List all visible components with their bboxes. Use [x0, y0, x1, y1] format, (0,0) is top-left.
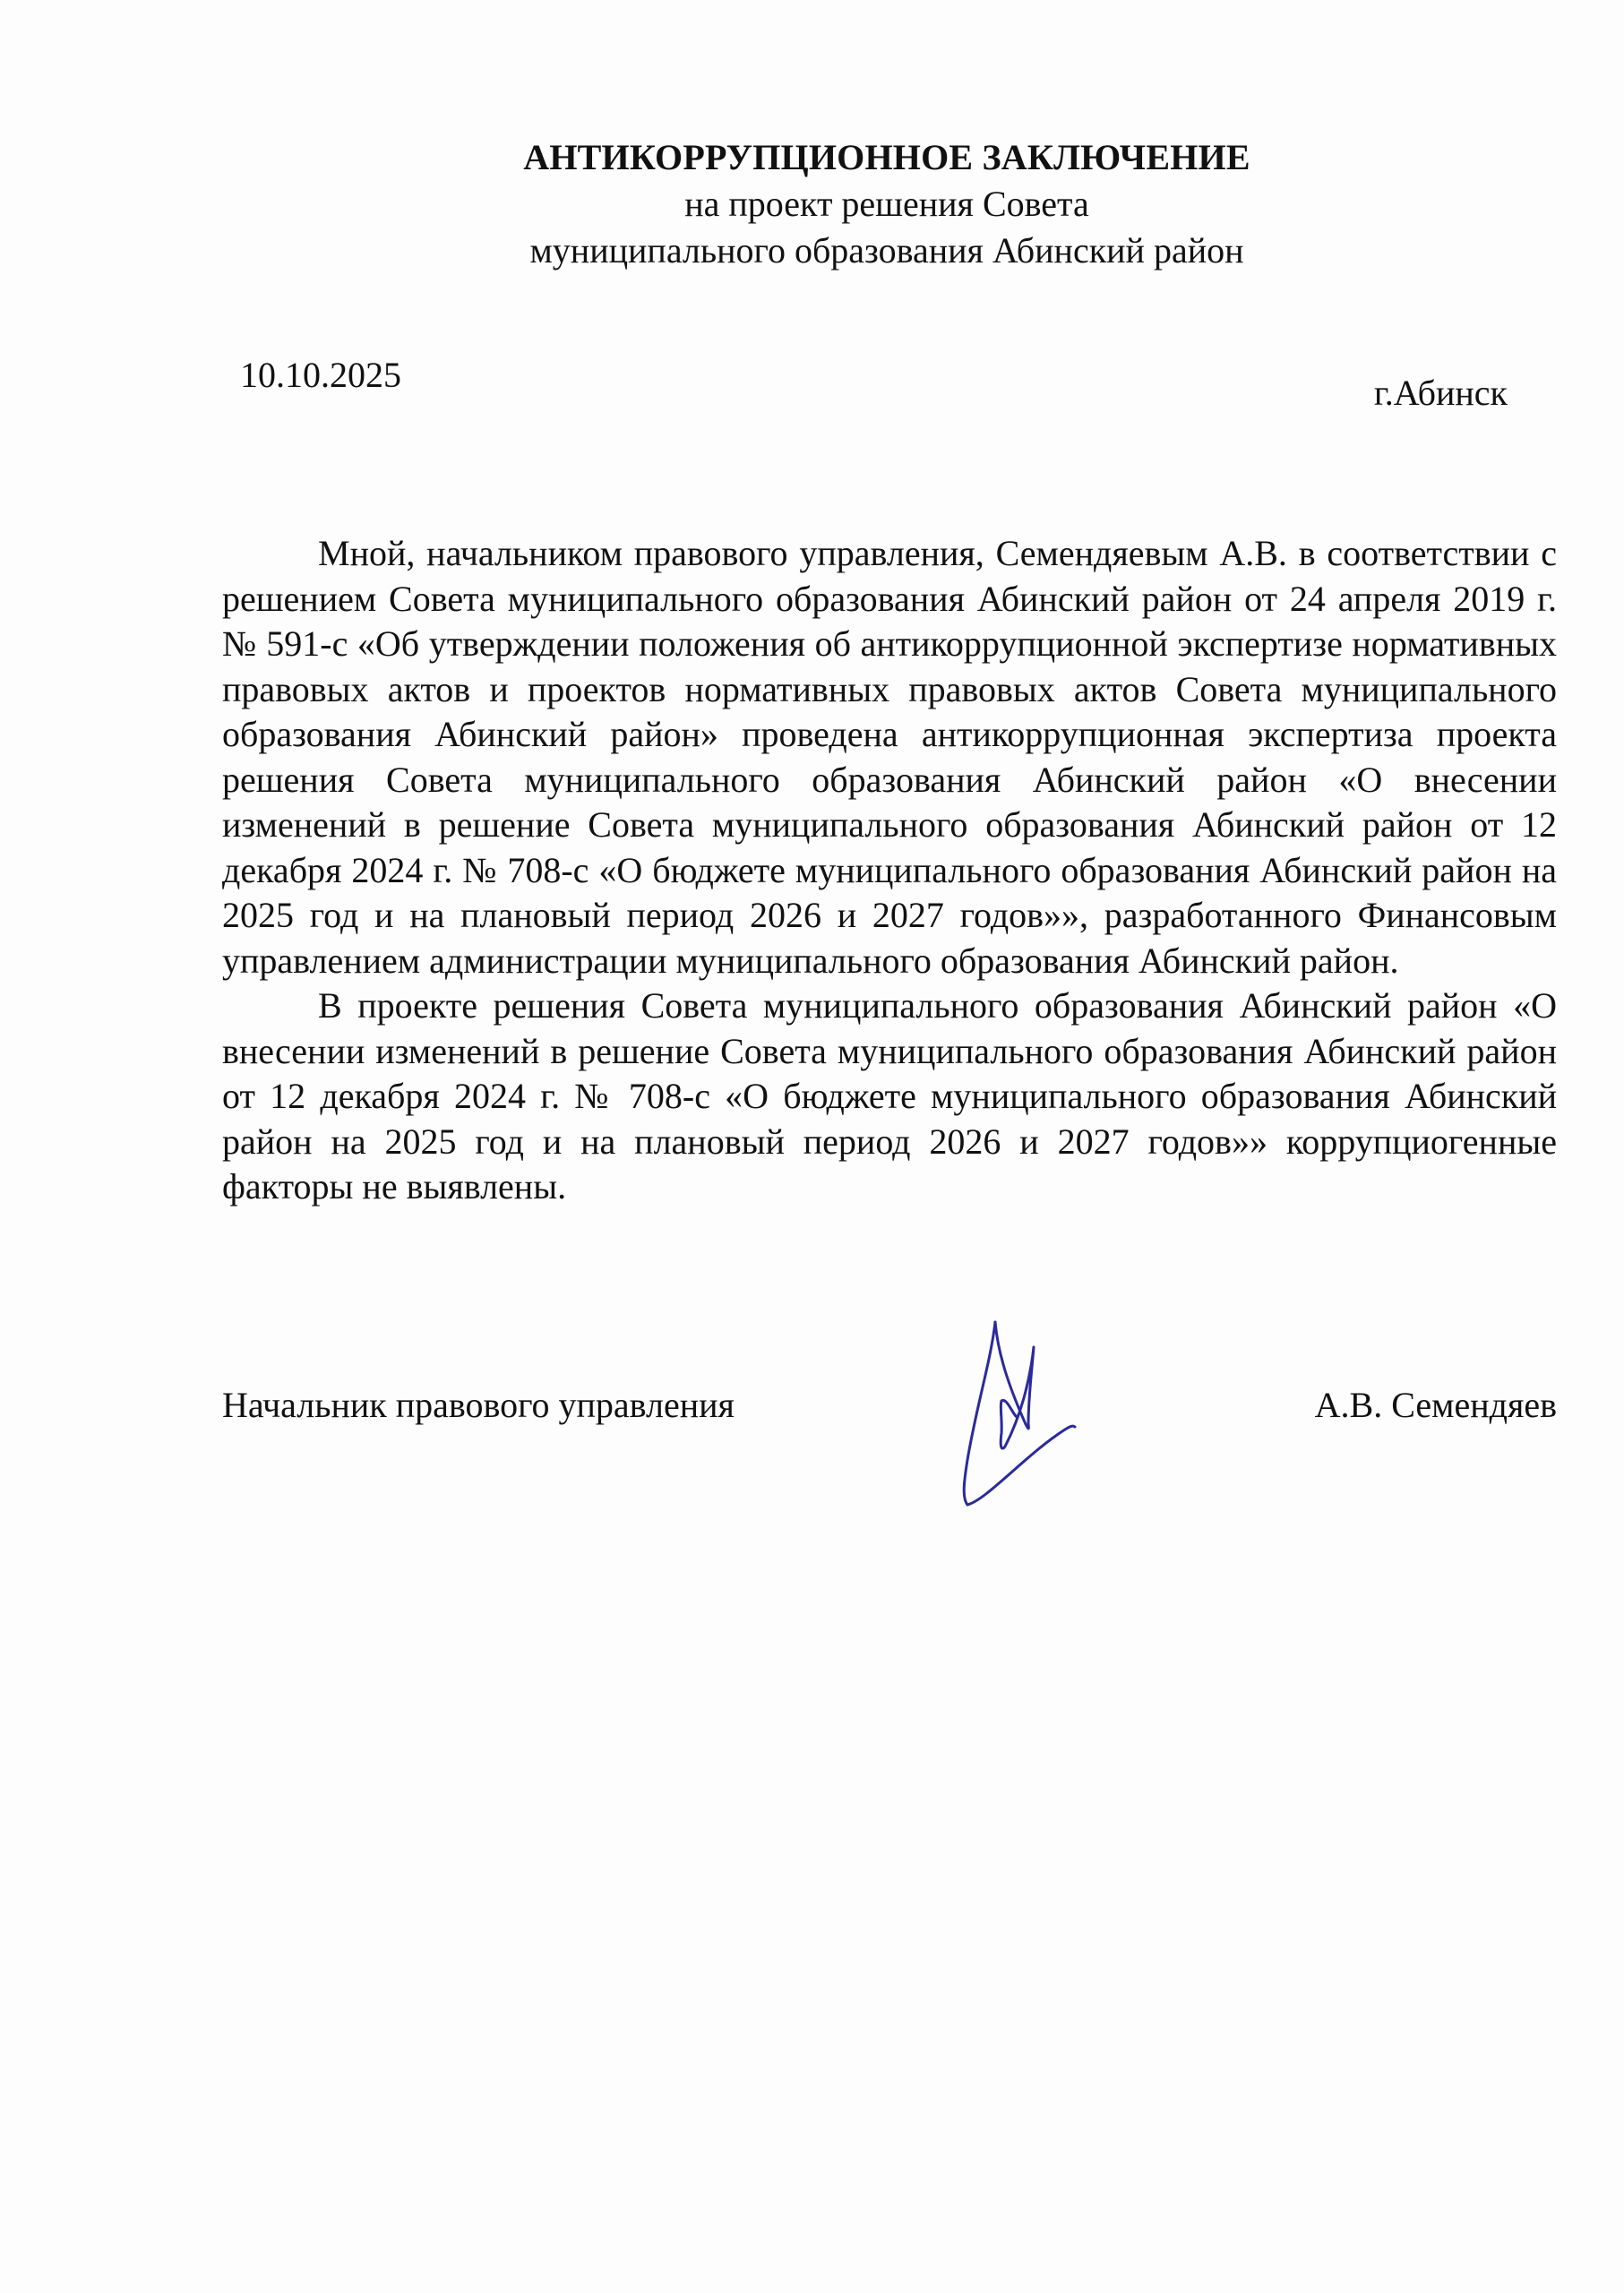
document-date: 10.10.2025	[240, 354, 401, 396]
document-subtitle-line1: на проект решения Совета	[448, 181, 1326, 228]
document-title: АНТИКОРРУПЦИОННОЕ ЗАКЛЮЧЕНИЕ	[448, 134, 1326, 181]
signatory-name: А.В. Семендяев	[1315, 1384, 1557, 1426]
document-body: Мной, начальником правового управления, …	[222, 531, 1557, 1210]
signatory-position: Начальник правового управления	[222, 1384, 735, 1426]
document-header: АНТИКОРРУПЦИОННОЕ ЗАКЛЮЧЕНИЕ на проект р…	[448, 134, 1326, 274]
body-paragraph-1: Мной, начальником правового управления, …	[222, 531, 1557, 983]
body-paragraph-2: В проекте решения Совета муниципального …	[222, 983, 1557, 1210]
document-subtitle-line2: муниципального образования Абинский райо…	[448, 228, 1326, 274]
document-page: АНТИКОРРУПЦИОННОЕ ЗАКЛЮЧЕНИЕ на проект р…	[0, 0, 1624, 2293]
document-city: г.Абинск	[1374, 372, 1508, 414]
handwritten-signature-icon	[932, 1308, 1111, 1523]
